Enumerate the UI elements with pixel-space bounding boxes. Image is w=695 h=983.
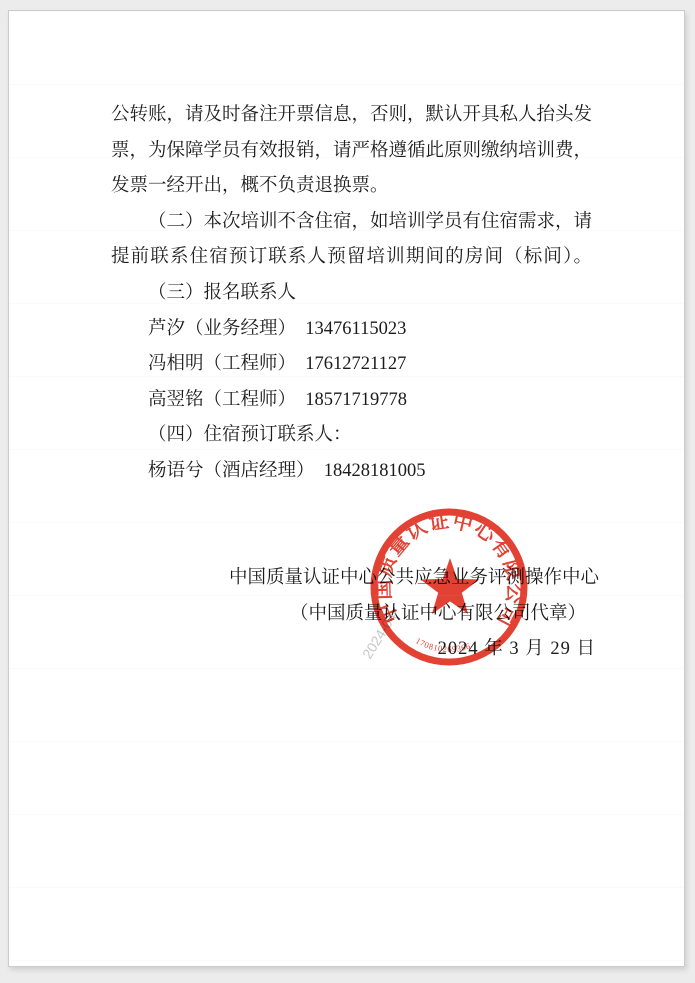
text-line: 提前联系住宿预订联系人预留培训期间的房间（标间）。 <box>111 240 592 276</box>
document-body: 公转账，请及时备注开票信息，否则，默认开具私人抬头发票，为保障学员有效报销，请严… <box>111 98 592 490</box>
text-line: 杨语兮（酒店经理） 18428181005 <box>111 454 592 490</box>
text-line: （三）报名联系人 <box>111 276 592 312</box>
document-page: 公转账，请及时备注开票信息，否则，默认开具私人抬头发票，为保障学员有效报销，请严… <box>8 10 685 967</box>
seal-code: 170810269366 <box>414 635 472 654</box>
document-viewer: { "page": { "background_color": "#ececec… <box>0 0 695 983</box>
text-line: （二）本次培训不含住宿，如培训学员有住宿需求，请 <box>111 205 592 241</box>
text-line: 芦汐（业务经理） 13476115023 <box>111 312 592 348</box>
text-line: 发票一经开出，概不负责退换票。 <box>111 169 592 205</box>
text-line: 票，为保障学员有效报销，请严格遵循此原则缴纳培训费， <box>111 134 592 170</box>
text-line: 高翌铭（工程师） 18571719778 <box>111 383 592 419</box>
seal-star-icon <box>421 558 480 614</box>
text-line: 公转账，请及时备注开票信息，否则，默认开具私人抬头发 <box>111 98 592 134</box>
text-line: 冯相明（工程师） 17612721127 <box>111 347 592 383</box>
text-line: （四）住宿预订联系人： <box>111 418 592 454</box>
official-seal-stamp: 中国质量认证中心有限公司 170810269366 <box>354 492 544 682</box>
